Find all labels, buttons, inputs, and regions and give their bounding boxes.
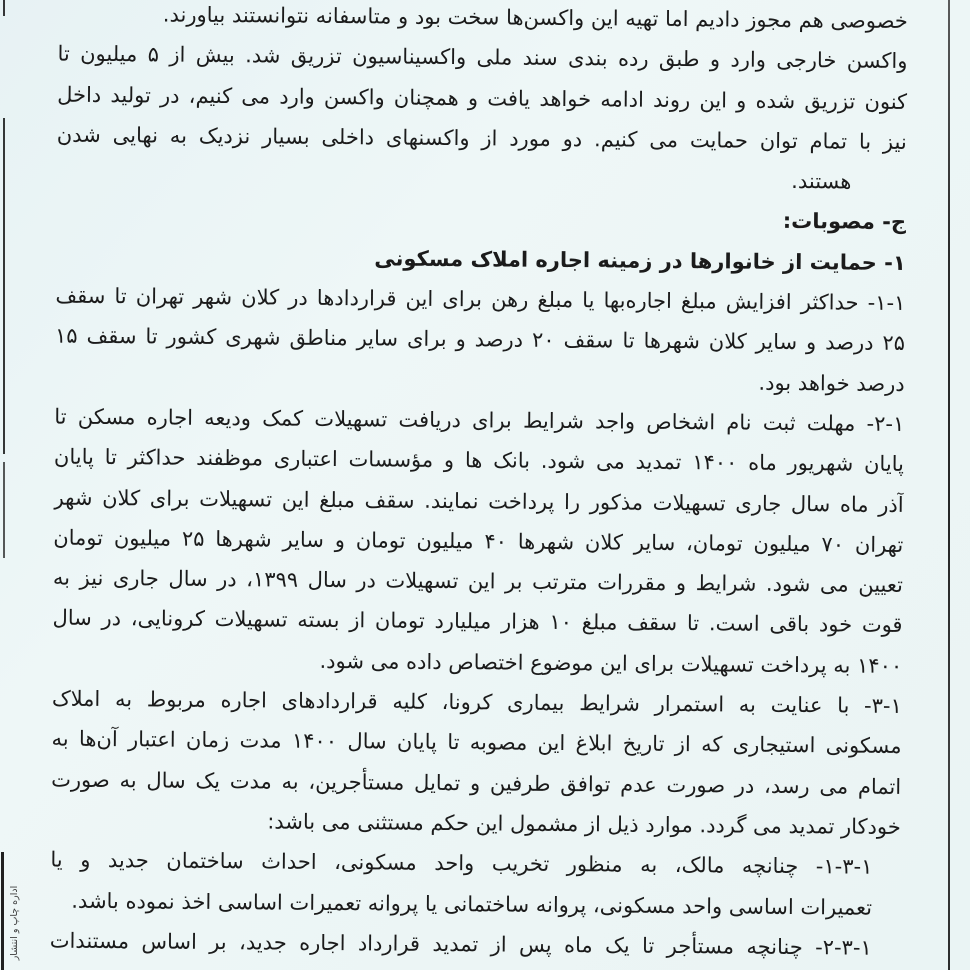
print-office-caption: اداره چاپ و انتشار	[9, 875, 23, 970]
page-edge-line-left	[1, 852, 4, 970]
page-background: خصوصی هم مجوز دادیم اما تهیه این واکسن‌ه…	[0, 0, 970, 970]
clause-2-3-1-line: ۲-۳-۱- چنانچه مستأجر تا یک ماه پس از تمد…	[50, 920, 900, 968]
page-edge-line-right	[948, 0, 950, 970]
page-edge-line-left	[3, 118, 5, 454]
document-body: خصوصی هم مجوز دادیم اما تهیه این واکسن‌ه…	[50, 0, 908, 968]
page-edge-line-left	[3, 462, 5, 558]
page-edge-line-left	[3, 0, 5, 16]
scanned-document-page: { "page": { "background": "#edf6f6", "te…	[0, 0, 970, 970]
